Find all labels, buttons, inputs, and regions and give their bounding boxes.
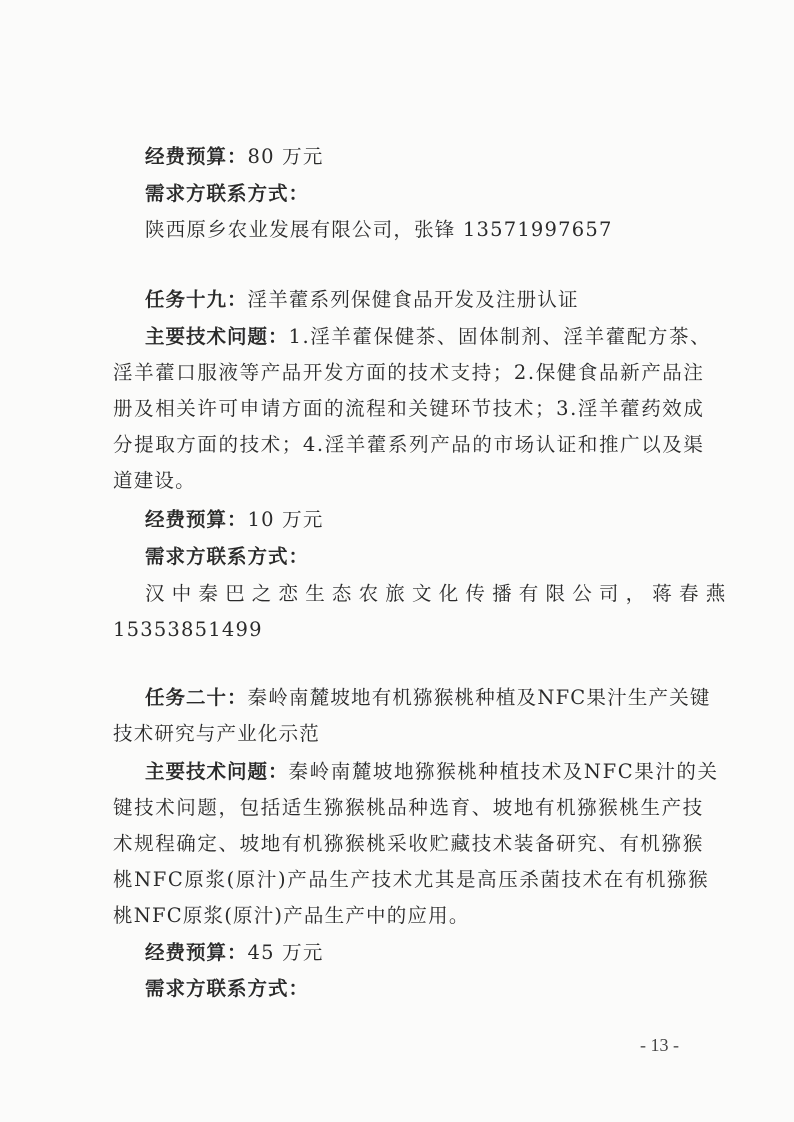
contact-phone: 15353851499 [113,613,693,647]
contact-value: 汉中秦巴之恋生态农旅文化传播有限公司，蒋春燕 [145,577,725,611]
task20-title-value: 秦岭南麓坡地有机猕猴桃种植及NFC果汁生产关键 [248,686,711,709]
task20-contact-heading: 需求方联系方式： [145,972,725,1006]
task20-title-cont: 技术研究与产业化示范 [113,717,693,751]
task19-title-label: 任务十九： [145,288,248,311]
task20-title-label: 任务二十： [145,686,248,709]
issues-text: 键技术问题，包括适生猕猴桃品种选育、坡地有机猕猴桃生产技 [113,791,693,825]
budget-label: 经费预算： [145,145,248,168]
contact-heading: 需求方联系方式： [145,177,725,211]
task20-issues-line: 主要技术问题：秦岭南麓坡地猕猴桃种植技术及NFC果汁的关 [145,755,725,789]
page-number: - 13 - [640,1035,679,1056]
task19-contact-heading: 需求方联系方式： [145,540,725,574]
task19-budget: 经费预算：10 万元 [145,503,725,537]
issues-text: 术规程确定、坡地有机猕猴桃采收贮藏技术装备研究、有机猕猴 [113,827,693,861]
issues-text: 秦岭南麓坡地猕猴桃种植技术及NFC果汁的关 [289,760,719,783]
budget-label: 经费预算： [145,508,248,531]
contact-label: 需求方联系方式： [145,977,309,1000]
task20-issues-label: 主要技术问题： [145,760,289,783]
budget-label: 经费预算： [145,941,248,964]
budget-value: 45 万元 [248,941,324,964]
contact-label: 需求方联系方式： [145,182,309,205]
issues-text: 桃NFC原浆(原汁)产品生产技术尤其是高压杀菌技术在有机猕猴 [113,863,693,897]
issues-text: 分提取方面的技术；4.淫羊藿系列产品的市场认证和推广以及渠 [113,428,693,462]
task20-budget: 经费预算：45 万元 [145,936,725,970]
issues-text: 桃NFC原浆(原汁)产品生产中的应用。 [113,899,693,933]
budget-line: 经费预算：80 万元 [145,140,725,174]
issues-text: 淫羊藿口服液等产品开发方面的技术支持；2.保健食品新产品注 [113,356,693,390]
issues-text: 册及相关许可申请方面的流程和关键环节技术；3.淫羊藿药效成 [113,392,693,426]
document-page: 经费预算：80 万元 需求方联系方式： 陕西原乡农业发展有限公司，张锋 1357… [0,0,794,1122]
task20-title: 任务二十：秦岭南麓坡地有机猕猴桃种植及NFC果汁生产关键 [145,681,725,715]
task19-issues-label: 主要技术问题： [145,325,289,348]
task19-title: 任务十九：淫羊藿系列保健食品开发及注册认证 [145,283,725,317]
task19-title-value: 淫羊藿系列保健食品开发及注册认证 [248,288,579,311]
issues-text: 1.淫羊藿保健茶、固体制剂、淫羊藿配方茶、 [289,325,712,348]
budget-value: 80 万元 [248,145,324,168]
issues-text: 道建设。 [113,464,693,498]
contact-label: 需求方联系方式： [145,545,309,568]
budget-value: 10 万元 [248,508,324,531]
contact-value: 陕西原乡农业发展有限公司，张锋 13571997657 [145,213,725,247]
task19-issues-line: 主要技术问题：1.淫羊藿保健茶、固体制剂、淫羊藿配方茶、 [145,320,725,354]
